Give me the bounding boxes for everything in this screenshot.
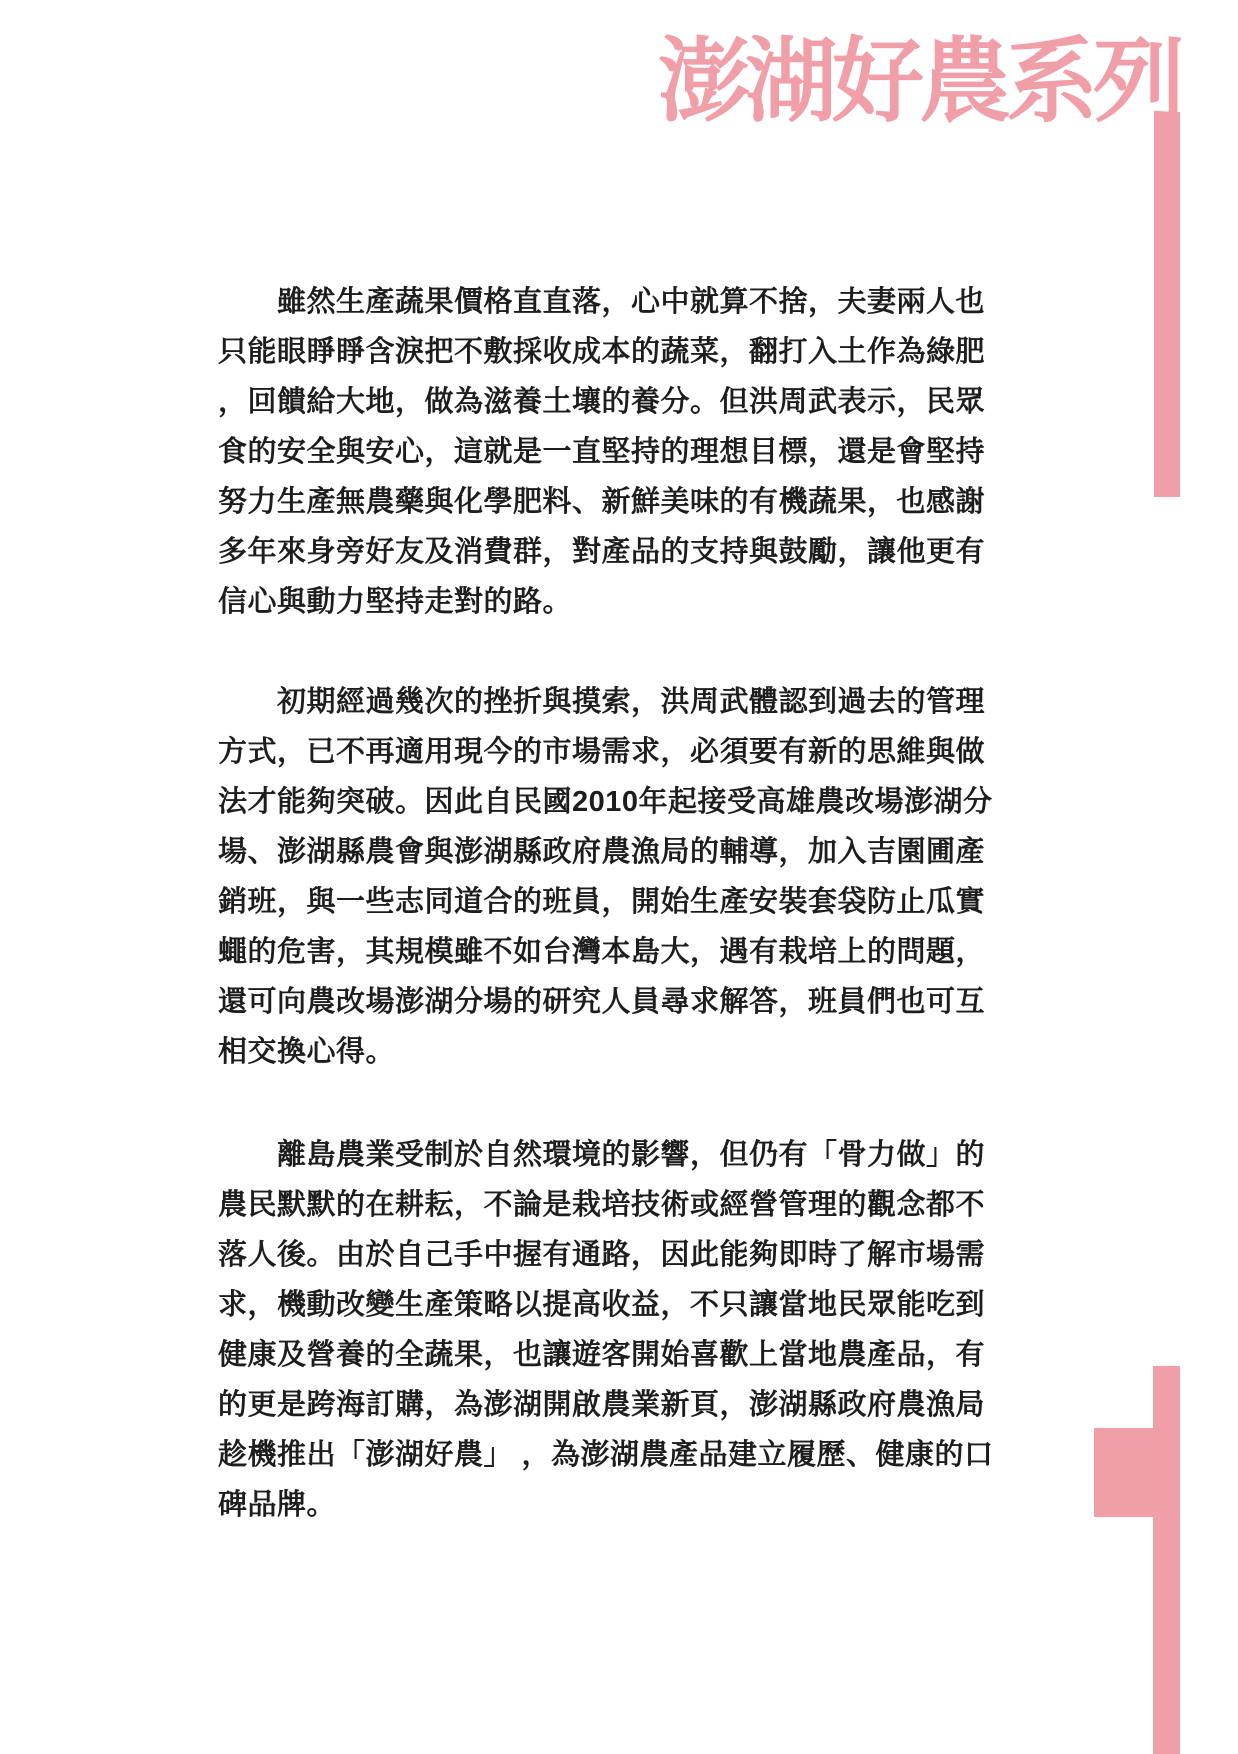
magazine-page: 澎湖好農系列 雖然生產蔬果價格直直落，心中就算不捨，夫妻兩人也 只能眼睜睜含淚把… <box>0 0 1238 1754</box>
text-line: 還可向農改場澎湖分場的研究人員尋求解答，班員們也可互 <box>218 977 984 1027</box>
paragraph-3: 離島農業受制於自然環境的影響，但仍有「骨力做」的 農民默默的在耕耘，不論是栽培技… <box>218 1130 984 1530</box>
text-line: 離島農業受制於自然環境的影響，但仍有「骨力做」的 <box>218 1130 984 1180</box>
text-line: 多年來身旁好友及消費群，對產品的支持與鼓勵，讓他更有 <box>218 527 984 577</box>
text-line: 碑品牌。 <box>218 1480 984 1530</box>
text-line: 求，機動改變生產策略以提高收益，不只讓當地民眾能吃到 <box>218 1280 984 1330</box>
text-line: 農民默默的在耕耘，不論是栽培技術或經營管理的觀念都不 <box>218 1180 984 1230</box>
text-line: ，回饋給大地，做為滋養土壤的養分。但洪周武表示，民眾 <box>218 377 984 427</box>
text-line: 方式，已不再適用現今的市場需求，必須要有新的思維與做 <box>218 727 984 777</box>
accent-block-bottom-right <box>1094 1428 1153 1517</box>
text-line: 健康及營養的全蔬果，也讓遊客開始喜歡上當地農產品，有 <box>218 1330 984 1380</box>
accent-bar-bottom-right <box>1153 1366 1180 1754</box>
text-line: 只能眼睜睜含淚把不敷採收成本的蔬菜，翻打入土作為綠肥 <box>218 327 984 377</box>
paragraph-2: 初期經過幾次的挫折與摸索，洪周武體認到過去的管理 方式，已不再適用現今的市場需求… <box>218 677 984 1077</box>
text-line: 努力生產無農藥與化學肥料、新鮮美味的有機蔬果，也感謝 <box>218 477 984 527</box>
text-line: 相交換心得。 <box>218 1027 984 1077</box>
page-title: 澎湖好農系列 <box>658 30 1180 136</box>
text-line: 法才能夠突破。因此自民國2010年起接受高雄農改場澎湖分 <box>218 777 984 827</box>
text-line: 雖然生產蔬果價格直直落，心中就算不捨，夫妻兩人也 <box>218 277 984 327</box>
text-line: 銷班，與一些志同道合的班員，開始生產安裝套袋防止瓜實 <box>218 877 984 927</box>
text-line: 蠅的危害，其規模雖不如台灣本島大，遇有栽培上的問題， <box>218 927 984 977</box>
accent-bar-top-right <box>1154 112 1180 497</box>
paragraph-1: 雖然生產蔬果價格直直落，心中就算不捨，夫妻兩人也 只能眼睜睜含淚把不敷採收成本的… <box>218 277 984 627</box>
text-line: 落人後。由於自己手中握有通路，因此能夠即時了解市場需 <box>218 1230 984 1280</box>
text-line: 的更是跨海訂購，為澎湖開啟農業新頁，澎湖縣政府農漁局 <box>218 1380 984 1430</box>
text-line: 趁機推出「澎湖好農」 ，為澎湖農產品建立履歷、健康的口 <box>218 1430 984 1480</box>
text-line: 場、澎湖縣農會與澎湖縣政府農漁局的輔導，加入吉園圃產 <box>218 827 984 877</box>
text-line: 信心與動力堅持走對的路。 <box>218 577 984 627</box>
text-line: 食的安全與安心，這就是一直堅持的理想目標，還是會堅持 <box>218 427 984 477</box>
text-line: 初期經過幾次的挫折與摸索，洪周武體認到過去的管理 <box>218 677 984 727</box>
